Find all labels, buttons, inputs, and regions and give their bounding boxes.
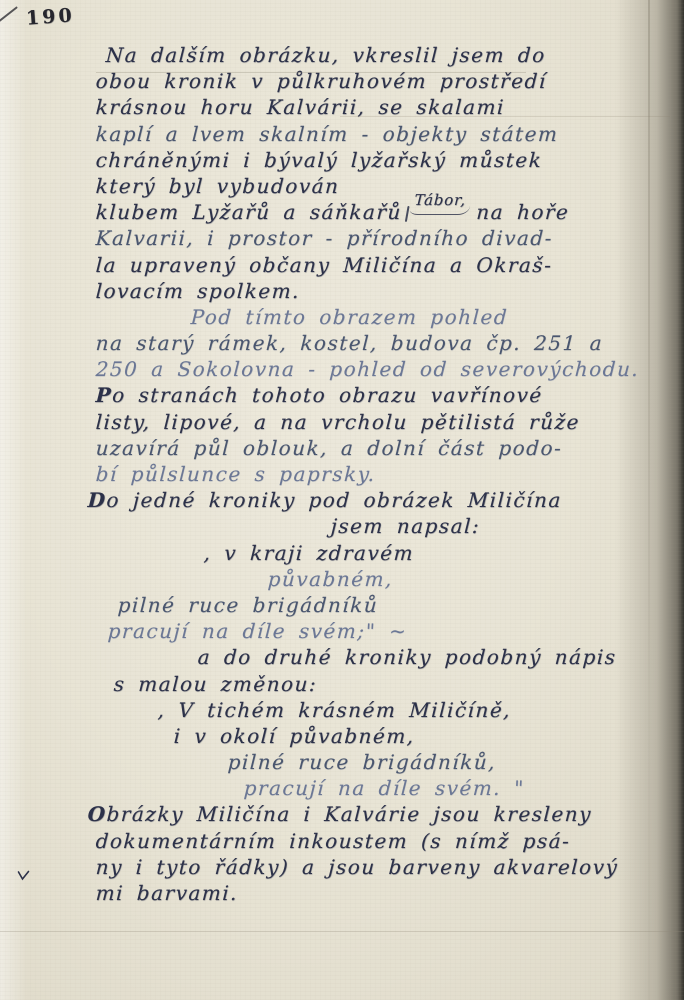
- manuscript-line: , v kraji zdravém: [203, 540, 671, 566]
- manuscript-line: Kalvarii, i prostor - přírodního divad-: [95, 225, 671, 251]
- page-number: 190: [25, 4, 75, 29]
- manuscript-line: Na dalším obrázku, vkreslil jsem do: [105, 42, 671, 68]
- manuscript-line: s malou změnou:: [113, 671, 671, 697]
- manuscript-line: půvabném,: [267, 566, 671, 592]
- manuscript-line: krásnou horu Kalvárii, se skalami: [95, 94, 671, 120]
- manuscript-line: Do jedné kroniky pod obrázek Miličína: [87, 487, 671, 513]
- manuscript-line: uzavírá půl oblouk, a dolní část podo-: [95, 435, 671, 461]
- manuscript-line: pilné ruce brigádníků: [117, 592, 671, 618]
- manuscript-line: pracují na díle svém;" ~: [107, 618, 671, 644]
- manuscript-line: jsem napsal:: [330, 513, 671, 539]
- manuscript-line: Pod tímto obrazem pohled: [190, 304, 671, 330]
- manuscript-line: 250 a Sokolovna - pohled od severovýchod…: [95, 356, 671, 382]
- paper-crease: [0, 931, 684, 932]
- line-text: na hoře: [476, 200, 570, 224]
- manuscript-line: klubem Lyžařů a sáňkařůTábor,na hoře: [95, 199, 671, 225]
- stray-ink-mark: [17, 866, 30, 885]
- manuscript-line: bí půlslunce s paprsky.: [95, 461, 671, 487]
- manuscript-line: kaplí a lvem skalním - objekty státem: [95, 121, 671, 147]
- manuscript-line: chráněnými i bývalý lyžařský můstek: [95, 147, 671, 173]
- page-corner-mark: [0, 6, 18, 24]
- manuscript-line: obou kronik v půlkruhovém prostředí: [95, 68, 671, 94]
- manuscript-line: listy, lipové, a na vrcholu pětilistá rů…: [95, 409, 671, 435]
- manuscript-line: ny i tyto řádky) a jsou barveny akvarelo…: [95, 854, 671, 880]
- manuscript-line: lovacím spolkem.: [95, 278, 671, 304]
- manuscript-page: 190 Na dalším obrázku, vkreslil jsem doo…: [0, 0, 684, 1000]
- manuscript-line: mi barvami.: [95, 880, 671, 906]
- manuscript-line: a do druhé kroniky podobný nápis: [197, 644, 671, 670]
- manuscript-line: který byl vybudován: [95, 173, 671, 199]
- manuscript-line: la upravený občany Miličína a Okraš-: [95, 252, 671, 278]
- inserted-word: Tábor,: [410, 187, 471, 215]
- manuscript-line: , V tichém krásném Miličíně,: [157, 697, 671, 723]
- manuscript-line: dokumentárním inkoustem (s nímž psá-: [95, 828, 671, 854]
- manuscript-line: pilné ruce brigádníků,: [227, 749, 671, 775]
- manuscript-text: Na dalším obrázku, vkreslil jsem doobou …: [95, 42, 670, 906]
- stray-ink-mark-glyph: [17, 870, 30, 881]
- manuscript-line: i v okolí půvabném,: [173, 723, 671, 749]
- manuscript-line: na starý rámek, kostel, budova čp. 251 a: [95, 330, 671, 356]
- manuscript-line: pracují na díle svém. ": [243, 775, 671, 801]
- line-text: klubem Lyžařů a sáňkařů: [95, 200, 402, 224]
- manuscript-line: Po stranách tohoto obrazu vavřínové: [95, 382, 671, 408]
- manuscript-line: Obrázky Miličína i Kalvárie jsou kreslen…: [87, 801, 671, 827]
